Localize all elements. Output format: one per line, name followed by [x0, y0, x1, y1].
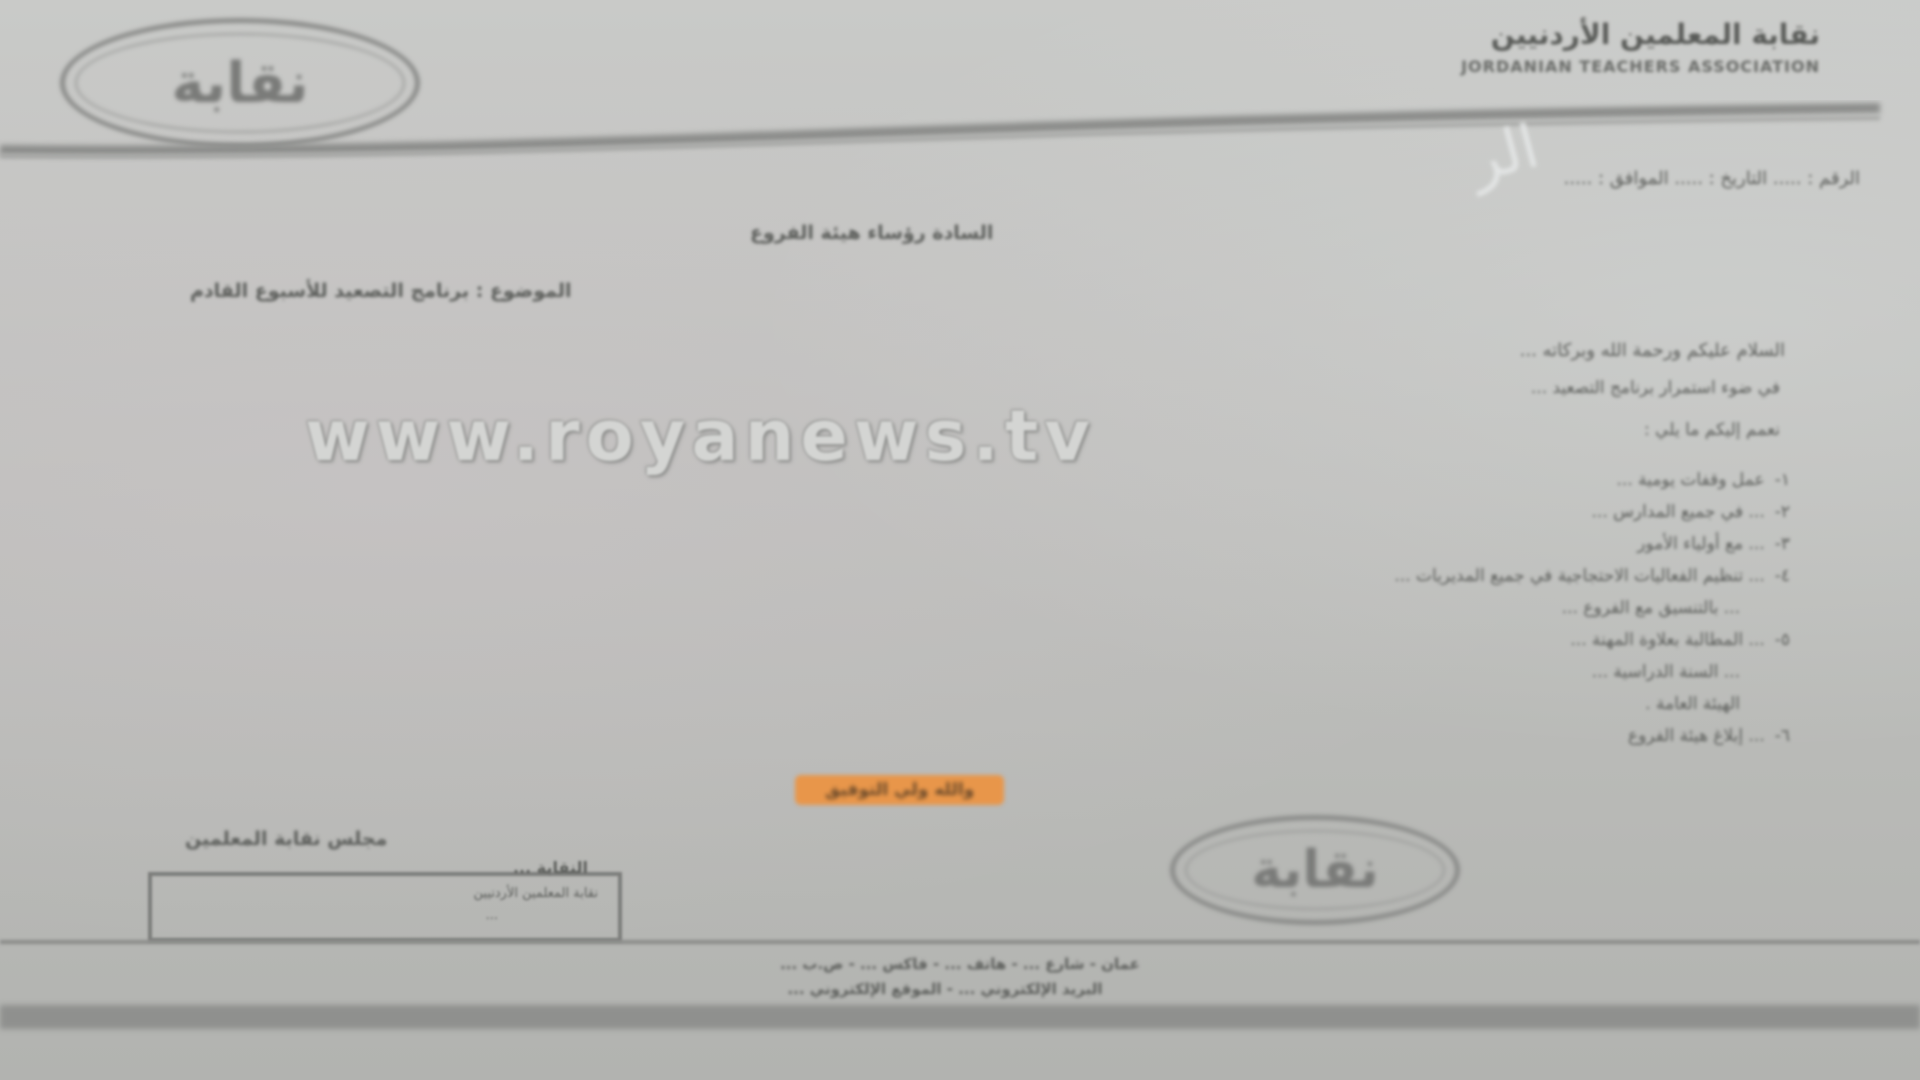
intro-paragraph: في ضوء استمرار برنامج التصعيد ...	[1531, 378, 1780, 398]
list-item: ... السنة الدراسية ...	[190, 662, 1790, 682]
intro-paragraph-2: نعمم إليكم ما يلي :	[1644, 420, 1780, 440]
official-stamp-icon: نقابة	[1170, 815, 1460, 925]
list-item-text: عمل وقفات يومية ...	[1616, 470, 1764, 490]
list-item: ٤-... تنظيم الفعاليات الاحتجاجية في جميع…	[190, 566, 1790, 586]
list-item-text: ... في جميع المدارس ...	[1592, 502, 1765, 522]
list-item-number: ٣-	[1775, 534, 1790, 554]
list-item-text: ... تنظيم الفعاليات الاحتجاجية في جميع ا…	[1394, 566, 1764, 586]
list-item-number: ٢-	[1775, 502, 1790, 522]
list-item: ٦-... إبلاغ هيئة الفروع	[190, 726, 1790, 746]
greeting: السلام عليكم ورحمة الله وبركاته ...	[1520, 340, 1785, 361]
list-item: ٥-... المطالبة بعلاوة المهنة ...	[190, 630, 1790, 650]
stamp-ring	[1185, 830, 1445, 910]
letterhead-subtitle: JORDANIAN TEACHERS ASSOCIATION	[1461, 57, 1820, 76]
highlighted-closing: والله ولي التوفيق	[795, 775, 1004, 805]
list-item-number: ١-	[1775, 470, 1790, 490]
signature-stamp-box: النقابة ... نقابة المعلمين الأردنيين ...	[148, 872, 622, 942]
footer-address: عمان - شارع ... - هاتف ... - فاكس ... - …	[10, 955, 1910, 973]
list-item-number: ٥-	[1775, 630, 1790, 650]
reference-line: الرقم : ..... التاريخ : ..... الموافق : …	[1564, 168, 1860, 189]
stamp-line-2: نقابة المعلمين الأردنيين	[474, 886, 598, 901]
subject-line: الموضوع : برنامج التصعيد للأسبوع القادم	[190, 280, 572, 302]
list-item-text: ... بالتنسيق مع الفروع ...	[1562, 598, 1740, 618]
list-item: ٣-... مع أولياء الأمور	[190, 534, 1790, 554]
list-item-number: ٦-	[1775, 726, 1790, 746]
list-item-text: ... السنة الدراسية ...	[1592, 662, 1740, 682]
list-item-text: ... إبلاغ هيئة الفروع	[1628, 726, 1765, 746]
list-item-text: الهيئة العامة .	[1645, 694, 1740, 714]
list-item: ٢-... في جميع المدارس ...	[190, 502, 1790, 522]
addressee: السادة رؤساء هيئة الفروع	[750, 222, 993, 244]
list-item-text: ... مع أولياء الأمور	[1637, 534, 1765, 554]
list-item: الهيئة العامة .	[190, 694, 1790, 714]
action-items-list: ١-عمل وقفات يومية ...٢-... في جميع المدا…	[190, 470, 1790, 758]
footer-bar	[0, 1005, 1920, 1029]
stamp-line-3: ...	[486, 908, 498, 923]
letterhead-title: نقابة المعلمين الأردنيين	[1461, 18, 1820, 51]
list-item-text: ... المطالبة بعلاوة المهنة ...	[1570, 630, 1764, 650]
stamp-line-1: النقابة ...	[513, 858, 588, 877]
letterhead-header: نقابة المعلمين الأردنيين JORDANIAN TEACH…	[1461, 18, 1820, 76]
list-item: ١-عمل وقفات يومية ...	[190, 470, 1790, 490]
footer-divider	[0, 940, 1920, 944]
watermark-url: www.royanews.tv	[305, 395, 1096, 477]
list-item: ... بالتنسيق مع الفروع ...	[190, 598, 1790, 618]
list-item-number: ٤-	[1775, 566, 1790, 586]
signature-title: مجلس نقابة المعلمين	[185, 828, 387, 850]
footer-contact: البريد الإلكتروني ... - الموقع الإلكترون…	[380, 980, 1510, 998]
